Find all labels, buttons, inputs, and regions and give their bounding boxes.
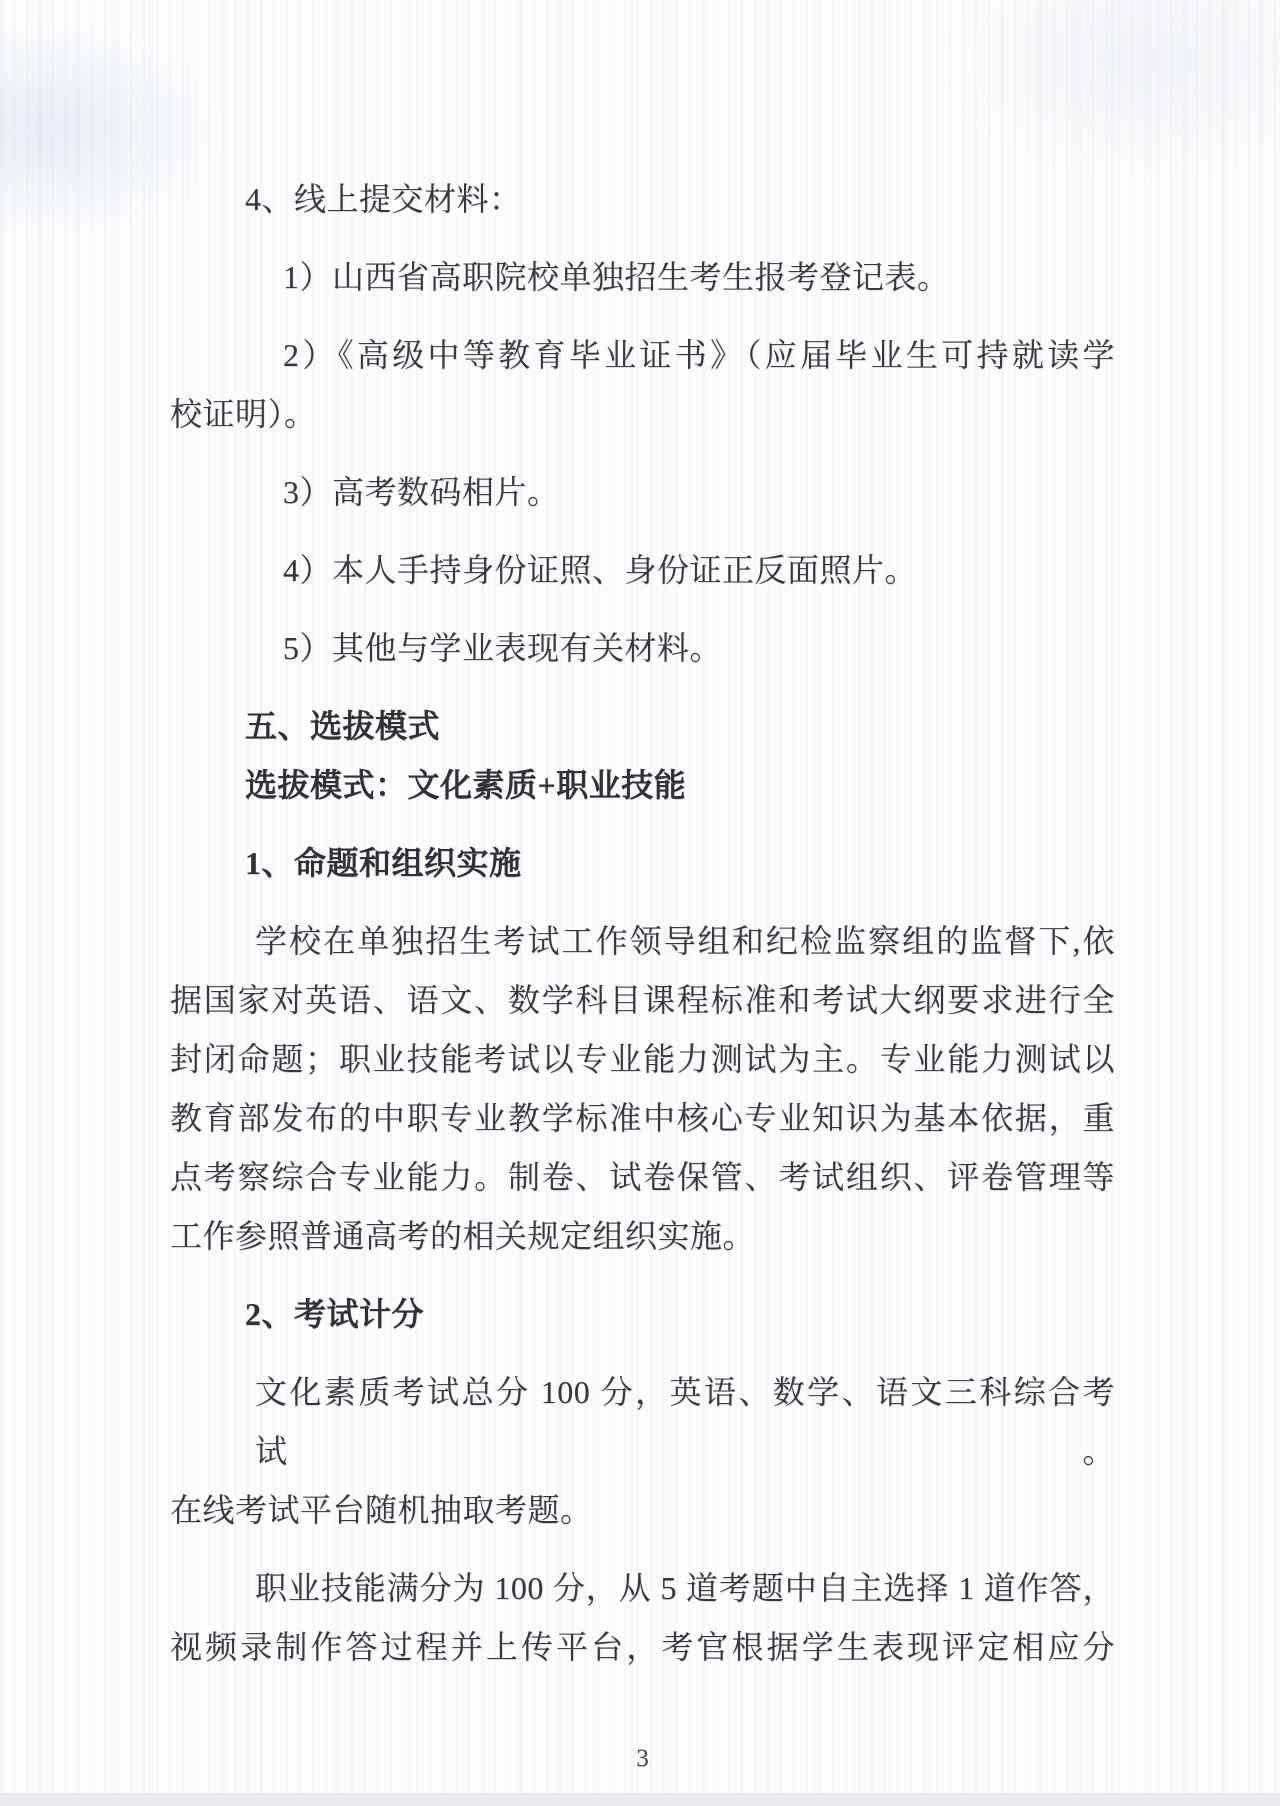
para-proposition-line3: 封闭命题；职业技能考试以专业能力测试为主。专业能力测试以 [170, 1030, 1115, 1089]
list-item-2-line1: 2）《高级中等教育毕业证书》（应届毕业生可持就读学 [170, 326, 1115, 385]
scan-bottom-edge [0, 1793, 1280, 1806]
para-skill-exam-line1: 职业技能满分为 100 分，从 5 道考题中自主选择 1 道作答， [170, 1559, 1115, 1618]
para-skill-exam-line2: 视频录制作答过程并上传平台，考官根据学生表现评定相应分 [170, 1618, 1115, 1677]
page-number: 3 [170, 1744, 1115, 1774]
para-proposition-line2: 据国家对英语、语文、数学科目课程标准和考试大纲要求进行全 [170, 971, 1115, 1030]
para-proposition-line1: 学校在单独招生考试工作领导组和纪检监察组的监督下,依 [170, 912, 1115, 971]
scanned-document-page: 4、线上提交材料： 1）山西省高职院校单独招生考生报考登记表。 2）《高级中等教… [0, 0, 1280, 1806]
heading-online-materials: 4、线上提交材料： [170, 170, 1115, 229]
subsection-1-heading: 1、命题和组织实施 [170, 834, 1115, 893]
para-proposition-line4: 教育部发布的中职专业教学标准中核心专业知识为基本依据，重 [170, 1089, 1115, 1148]
para-culture-exam-line2: 在线考试平台随机抽取考题。 [170, 1481, 1115, 1540]
para-proposition-line6: 工作参照普通高考的相关规定组织实施。 [170, 1207, 1115, 1266]
section-5-heading: 五、选拔模式 [170, 697, 1115, 756]
document-content: 4、线上提交材料： 1）山西省高职院校单独招生考生报考登记表。 2）《高级中等教… [170, 0, 1115, 1774]
list-item-2-line2: 校证明）。 [170, 385, 1115, 444]
list-item-1: 1）山西省高职院校单独招生考生报考登记表。 [170, 248, 1115, 307]
list-item-3: 3）高考数码相片。 [170, 463, 1115, 522]
list-item-4: 4）本人手持身份证照、身份证正反面照片。 [170, 541, 1115, 600]
subsection-2-heading: 2、考试计分 [170, 1285, 1115, 1344]
para-proposition-line5: 点考察综合专业能力。制卷、试卷保管、考试组织、评卷管理等 [170, 1148, 1115, 1207]
para-culture-exam-line1: 文化素质考试总分 100 分，英语、数学、语文三科综合考试。 [170, 1363, 1115, 1481]
list-item-5: 5）其他与学业表现有关材料。 [170, 619, 1115, 678]
selection-mode-statement: 选拔模式：文化素质+职业技能 [170, 756, 1115, 815]
